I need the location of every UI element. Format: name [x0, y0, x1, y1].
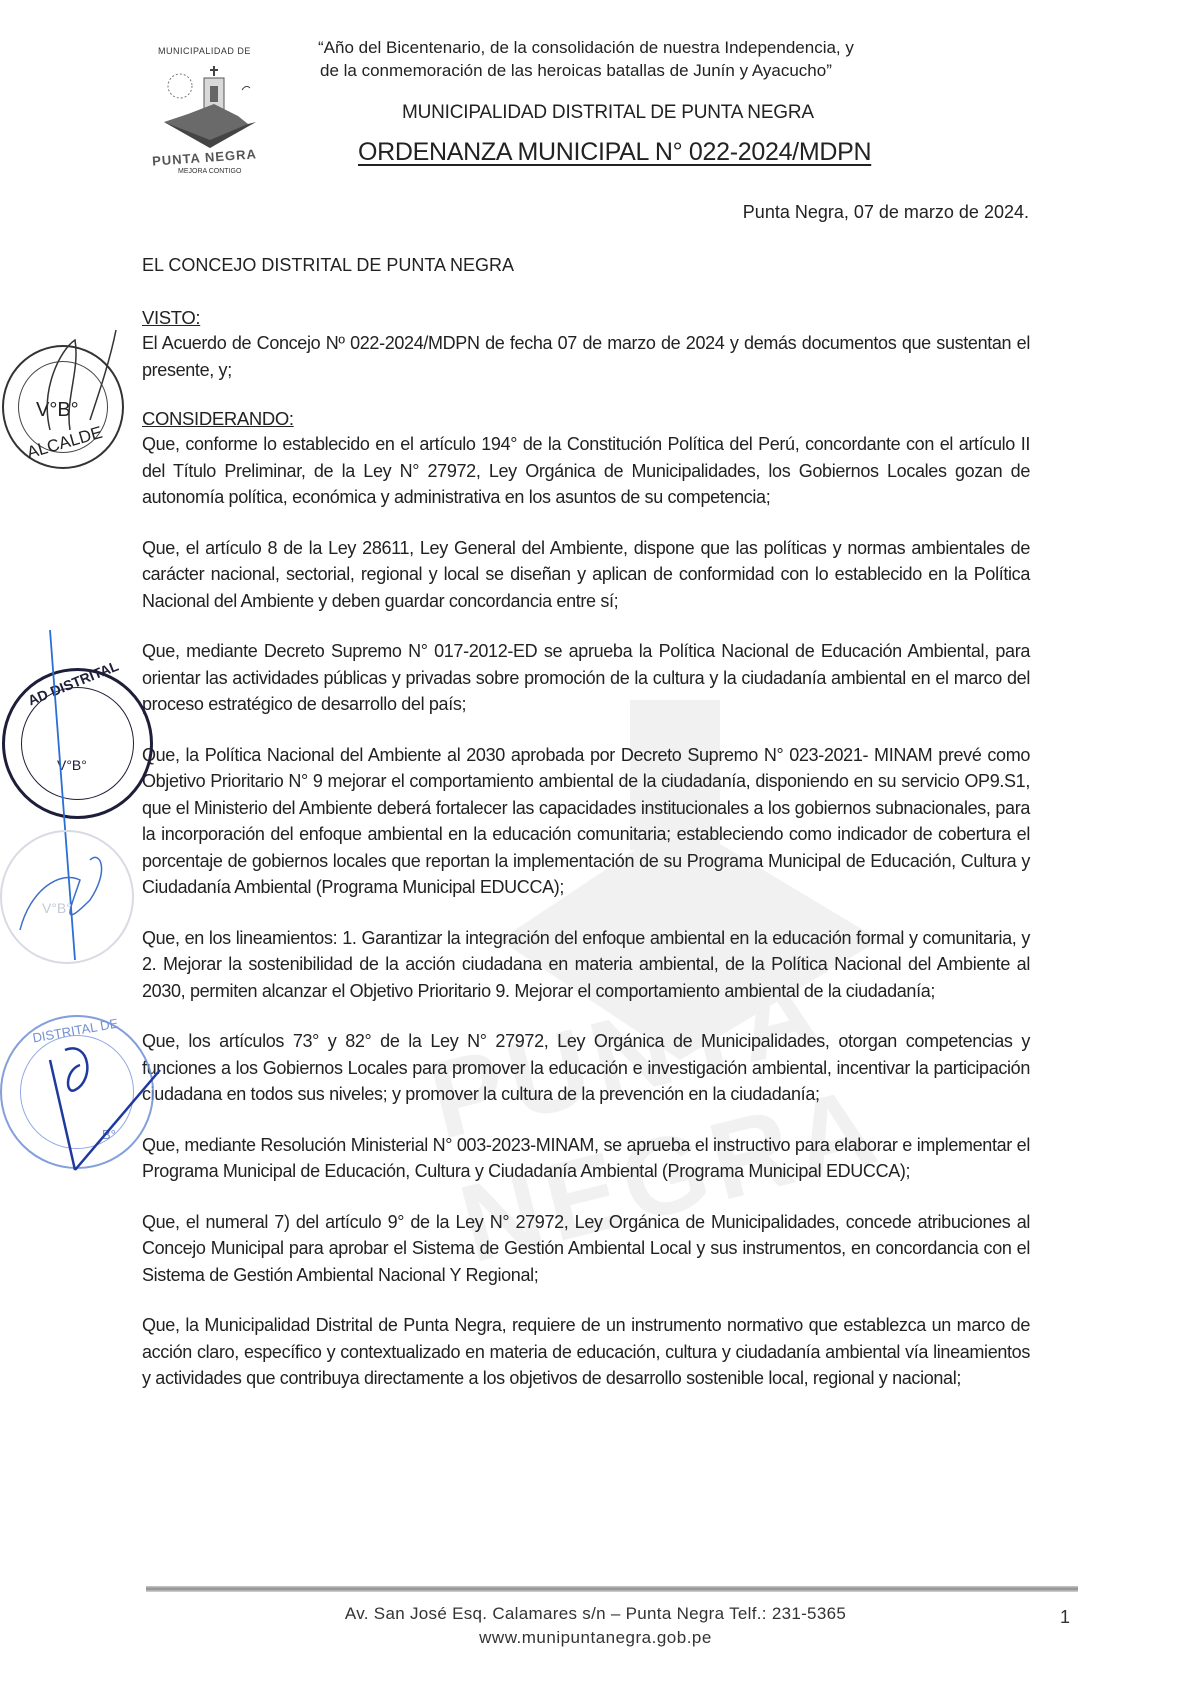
- municipality-logo: MUNICIPALIDAD DE PUNTA NEGRA MEJORA CONT…: [150, 38, 270, 178]
- gestion-ambiental-stamp: DISTRITAL DE B°: [0, 1015, 154, 1169]
- considerando-paragraph: Que, mediante Resolución Ministerial N° …: [142, 1132, 1030, 1185]
- date-line: Punta Negra, 07 de marzo de 2024.: [743, 202, 1029, 223]
- slogan-line-2: de la conmemoración de las heroicas bata…: [318, 59, 918, 82]
- stamp-ring: [20, 1035, 134, 1149]
- church-on-rock-icon: [158, 64, 262, 150]
- visto-heading: VISTO:: [142, 306, 1030, 330]
- considerando-paragraph: Que, en los lineamientos: 1. Garantizar …: [142, 925, 1030, 1005]
- considerando-paragraph: Que, mediante Decreto Supremo N° 017-201…: [142, 638, 1030, 718]
- logo-motto: MEJORA CONTIGO: [178, 168, 241, 175]
- stamp-vb: V°B°: [42, 900, 72, 916]
- ordinance-title: ORDENANZA MUNICIPAL N° 022-2024/MDPN: [358, 138, 871, 167]
- document-page: PUNTA NEGRA MUNICIPALIDAD DE PUNTA NEGRA…: [0, 0, 1191, 1684]
- visto-text: El Acuerdo de Concejo Nº 022-2024/MDPN d…: [142, 330, 1030, 383]
- council-heading: EL CONCEJO DISTRITAL DE PUNTA NEGRA: [142, 255, 514, 276]
- municipality-name: MUNICIPALIDAD DISTRITAL DE PUNTA NEGRA: [402, 102, 814, 124]
- footer-divider: [146, 1586, 1078, 1592]
- considerando-paragraph: Que, el numeral 7) del artículo 9° de la…: [142, 1209, 1030, 1289]
- stamp-vb: V°B°: [57, 757, 87, 773]
- logo-arc-text: MUNICIPALIDAD DE: [158, 46, 251, 56]
- page-number: 1: [1060, 1607, 1070, 1628]
- considerando-paragraph: Que, la Política Nacional del Ambiente a…: [142, 742, 1030, 901]
- stamp-vb: V°B°: [36, 399, 79, 422]
- considerando-heading: CONSIDERANDO:: [142, 407, 1030, 431]
- footer-website[interactable]: www.munipuntanegra.gob.pe: [0, 1628, 1191, 1648]
- slogan-line-1: “Año del Bicentenario, de la consolidaci…: [318, 36, 918, 59]
- considerando-paragraph: Que, conforme lo establecido en el artíc…: [142, 431, 1030, 511]
- considerando-paragraph: Que, el artículo 8 de la Ley 28611, Ley …: [142, 535, 1030, 615]
- considerando-paragraph: Que, la Municipalidad Distrital de Punta…: [142, 1312, 1030, 1392]
- oficina-atencion-stamp: AD DISTRITAL V°B°: [2, 668, 153, 819]
- document-body: VISTO: El Acuerdo de Concejo Nº 022-2024…: [142, 306, 1030, 1416]
- considerando-paragraph: Que, los artículos 73° y 82° de la Ley N…: [142, 1028, 1030, 1108]
- faded-stamp: V°B°: [0, 830, 134, 964]
- year-slogan: “Año del Bicentenario, de la consolidaci…: [318, 36, 918, 82]
- footer-address: Av. San José Esq. Calamares s/n – Punta …: [0, 1604, 1191, 1624]
- alcalde-stamp: V°B° ALCALDE: [2, 345, 124, 469]
- stamp-vb: B°: [102, 1127, 116, 1142]
